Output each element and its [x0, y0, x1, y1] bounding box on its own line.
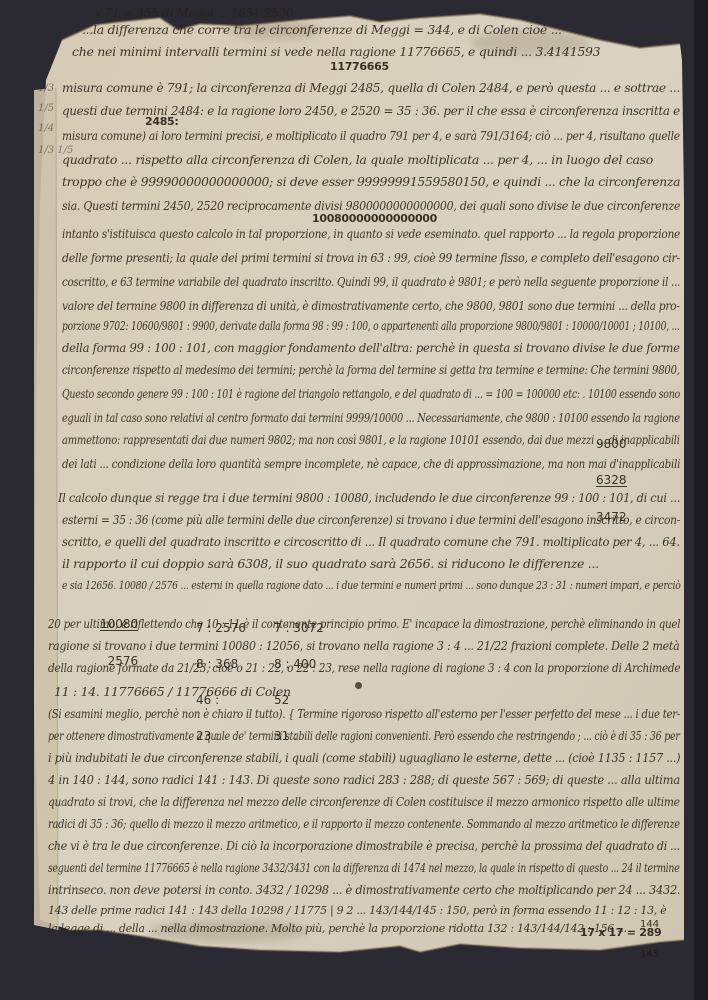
text-line: porzione 9702: 10600/9801 : 9900, deriva…: [62, 318, 680, 333]
text-line: che vi è tra le due circonferenze. Di ci…: [48, 838, 680, 853]
text-line: misura comune è 791; la circonferenza di…: [62, 80, 680, 95]
manuscript-page: x 71 = 355 di Meggi ... 1651 2520 1/3 1/…: [0, 0, 708, 1000]
text-line: valore del termine 9800 in differenza di…: [62, 298, 680, 313]
calc-product: 17 x 17 = 289: [580, 926, 661, 939]
text-line: della forma 99 : 100 : 101, con maggior …: [62, 340, 680, 355]
text-line: intanto s'istituisca questo calcolo in t…: [62, 226, 680, 241]
text-line: 20 per ultimo, e riflettendo che 10 : 11…: [48, 616, 680, 631]
text-line: 143 delle prime radici 141 : 143 della 1…: [48, 904, 666, 917]
text-line: ammettono: rappresentati dai due numeri …: [62, 432, 680, 447]
text-line: la legge di ... della ... nella dimostra…: [48, 922, 627, 935]
text-line: ...la differenza che corre tra le circon…: [82, 22, 562, 37]
text-line: i più indubitati le due circonferenze st…: [48, 750, 680, 765]
text-line: (Si esamini meglio, perchè non è chiaro …: [48, 706, 680, 721]
text-line: e sia 12656. 10080 / 2576 ... esterni in…: [62, 578, 681, 592]
text-line: ragione si trovano i due termini 10080 :…: [48, 638, 680, 653]
text-line: coscritto, e 63 termine variabile del qu…: [62, 274, 680, 289]
text-line: 11 : 14. 11776665 / 11776666 di Colen: [54, 684, 291, 699]
calc-bottom-right: 144 145: [640, 900, 659, 980]
margin-fraction: 1/4: [38, 124, 54, 134]
text-line: radici di 35 : 36; quello di mezzo il me…: [48, 816, 680, 831]
text-line: sia. Questi termini 2450, 2520 reciproca…: [62, 198, 680, 213]
text-line: quadrato si trovi, che la differenza nel…: [48, 794, 680, 809]
calc-subtraction: 9800 6328 3472: [596, 414, 627, 547]
ink-blot: [355, 682, 362, 689]
text-line: Questo secondo genere 99 : 100 : 101 è r…: [62, 386, 680, 401]
text-line: della ragione formate da 21/23, cioè o 2…: [48, 660, 680, 675]
text-line: per ottenere dimostrativamente a quale d…: [48, 728, 680, 743]
margin-fraction: 1/3: [38, 84, 54, 94]
text-line: 4 in 140 : 144, sono radici 141 : 143. D…: [48, 772, 680, 787]
margin-fraction: 1/5: [38, 104, 54, 114]
text-line: esterni = 35 : 36 (come più alle termini…: [62, 512, 680, 527]
calc-value: 6328: [596, 474, 627, 487]
text-line: troppo che è 99990000000000000; si deve …: [62, 174, 680, 189]
text-line: Il calcolo dunque si regge tra i due ter…: [58, 490, 680, 505]
calc-value: 145: [640, 950, 659, 960]
text-line: misura comune) ai loro termini precisi, …: [62, 128, 680, 143]
text-number: 10080000000000000: [312, 212, 437, 225]
text-line: quadrato ... rispetto alla circonferenza…: [62, 152, 653, 167]
text-line: intrinseco. non deve potersi in conto. 3…: [48, 882, 680, 897]
calc-value: 3472: [596, 511, 627, 523]
text-line: che nei minimi intervalli termini si ved…: [72, 44, 600, 59]
header-fragment: x 71 = 355 di Meggi ... 1651 2520: [95, 6, 293, 20]
text-line: delle forme presenti; la quale dei primi…: [62, 250, 680, 265]
text-number: 2485:: [145, 115, 179, 128]
text-line: seguenti del termine 11776665 è nella ra…: [48, 860, 680, 875]
text-line: dei lati ... condizione della loro quant…: [62, 456, 680, 471]
text-line: eguali in tal caso sono relativi al cent…: [62, 410, 680, 425]
calc-value: 9800: [596, 438, 627, 450]
text-number: 11776665: [330, 60, 389, 73]
text-line: scritto, e quelli del quadrato inscritto…: [62, 534, 680, 549]
text-line: il rapporto il cui doppio sarà 6308, il …: [62, 556, 599, 571]
text-line: circonferenze rispetto al medesimo dei t…: [62, 362, 680, 377]
